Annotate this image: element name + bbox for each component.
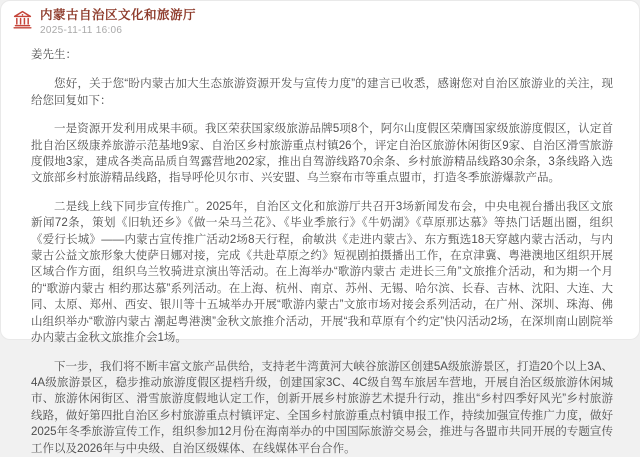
reply-header-text: 内蒙古自治区文化和旅游厅 2025-11-11 16:06	[40, 8, 196, 36]
reply-timestamp: 2025-11-11 16:06	[40, 25, 196, 36]
government-building-icon	[12, 9, 33, 30]
reply-paragraph-1: 一是资源开发利用成果丰硕。我区荣获国家级旅游品牌5项8个，阿尔山度假区荣膺国家级…	[31, 121, 613, 187]
reply-paragraph-2: 二是线上线下同步宣传推广。2025年，自治区文化和旅游厅共召开3场新闻发布会，中…	[31, 199, 613, 340]
salutation: 姜先生：	[31, 47, 613, 63]
reply-message-card: 内蒙古自治区文化和旅游厅 2025-11-11 16:06 姜先生： 您好，关于…	[0, 0, 640, 340]
reply-body: 姜先生： 您好，关于您“盼内蒙古加大生态旅游资源开发与宣传力度”的建言已收悉，感…	[31, 47, 613, 340]
greeting-paragraph: 您好，关于您“盼内蒙古加大生态旅游资源开发与宣传力度”的建言已收悉，感谢您对自治…	[31, 76, 613, 109]
reply-header: 内蒙古自治区文化和旅游厅 2025-11-11 16:06	[12, 8, 613, 36]
agency-name: 内蒙古自治区文化和旅游厅	[40, 8, 196, 22]
